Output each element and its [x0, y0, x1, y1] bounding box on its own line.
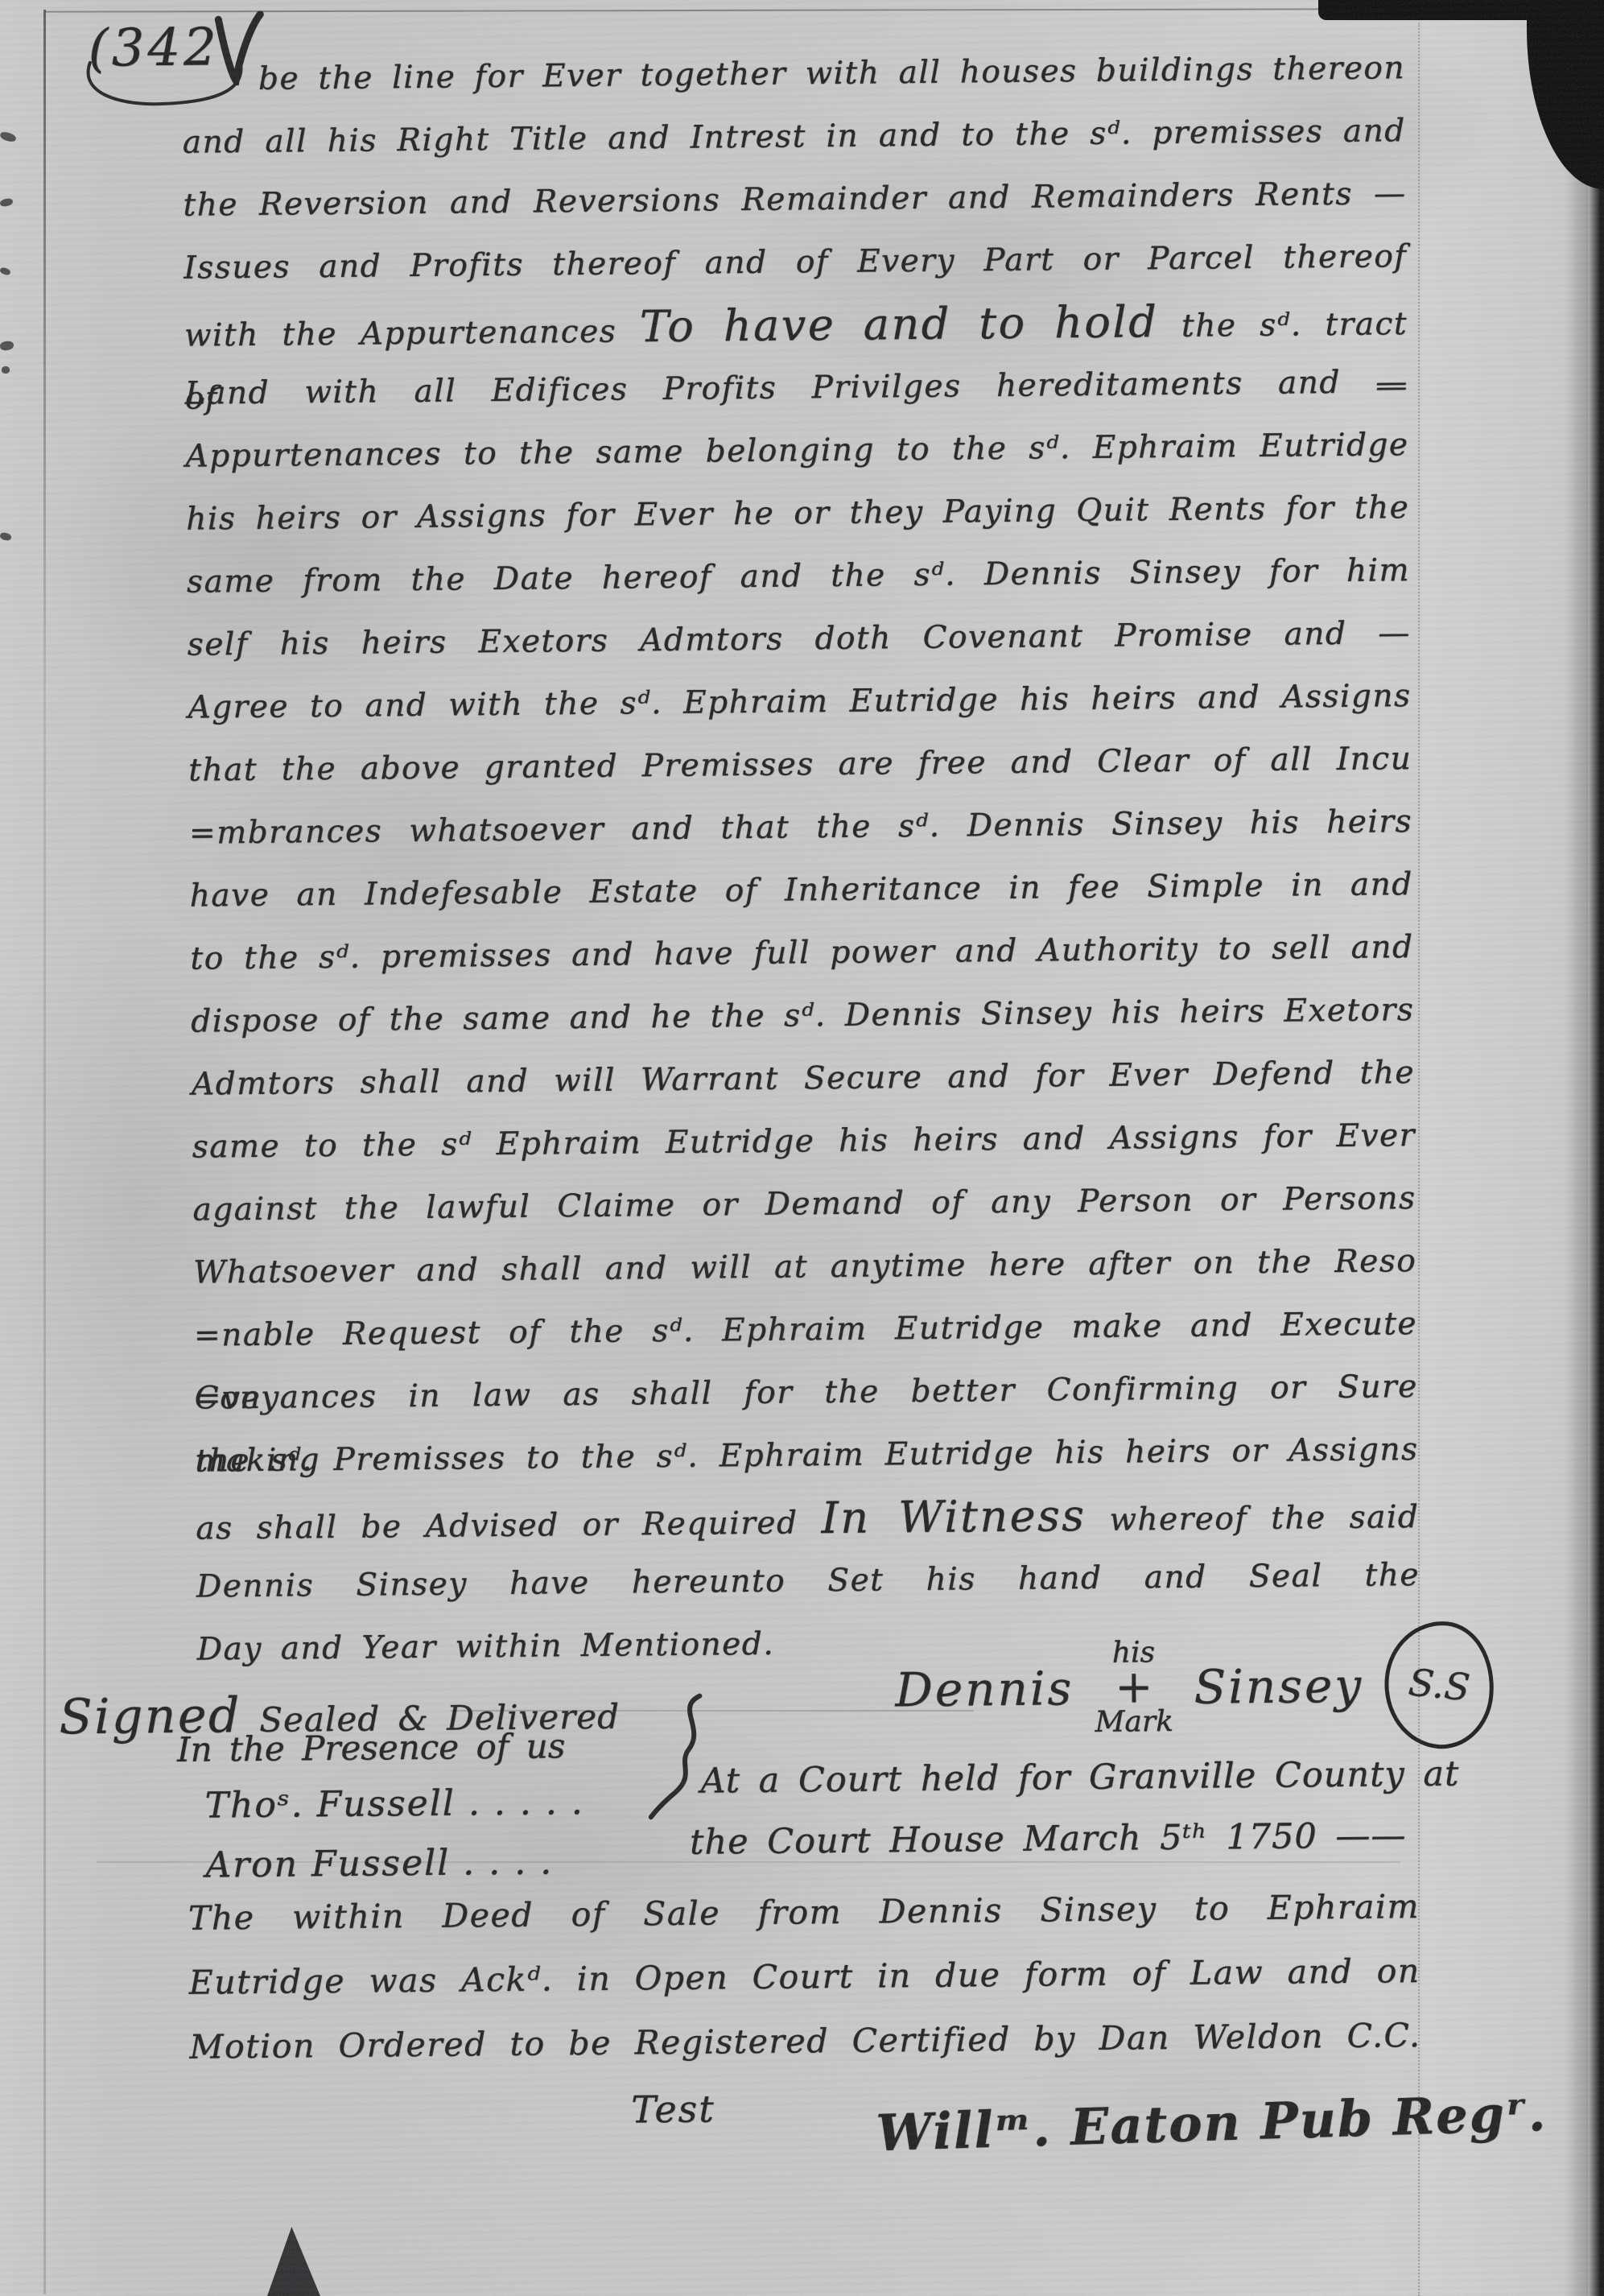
- manuscript-line: Dennis Sinsey have hereunto Set his hand…: [196, 1544, 1421, 1619]
- court-line: the Court House March 5ᵗʰ 1750 ——: [690, 1805, 1461, 1873]
- seal-text: S.S: [1407, 1660, 1472, 1709]
- manuscript-line: =veyances in law as shall for the better…: [194, 1356, 1418, 1431]
- handwriting-layer: (342 be the line for Ever together with …: [0, 0, 1604, 2296]
- certification-line: Eutridge was Ackᵈ. in Open Court in due …: [188, 1939, 1421, 2015]
- court-line: At a Court held for Granville County at: [700, 1744, 1460, 1812]
- manuscript-line: to the sᵈ. premisses and have full power…: [190, 916, 1414, 991]
- manuscript-line: =nable Request of the sᵈ. Ephraim Eutrid…: [194, 1293, 1418, 1368]
- manuscript-line: Land with all Edifices Profits Privilges…: [184, 351, 1408, 426]
- signer-mark-column: his + Mark: [1095, 1638, 1174, 1737]
- manuscript-line: his heirs or Assigns for Ever he or they…: [186, 477, 1410, 551]
- deed-body-text: be the line for Ever together with all h…: [182, 37, 1421, 1681]
- manuscript-line: self his heirs Exetors Admtors doth Cove…: [187, 602, 1411, 677]
- manuscript-line: Appurtenances to the same belonging to t…: [185, 414, 1409, 489]
- signer-mark-icon: +: [1115, 1667, 1152, 1708]
- signer-last-name: Sinsey: [1194, 1658, 1363, 1715]
- manuscript-line: the sᵈ. Premisses to the sᵈ. Ephraim Eut…: [195, 1418, 1419, 1493]
- certification-line: Motion Ordered to be Registered Certifie…: [189, 2003, 1421, 2079]
- manuscript-line: Whatsoever and shall and will at anytime…: [193, 1230, 1417, 1305]
- manuscript-line: same from the Date hereof and the sᵈ. De…: [187, 539, 1411, 614]
- manuscript-line: against the lawful Claime or Demand of a…: [192, 1167, 1416, 1242]
- manuscript-line: the Reversion and Reversions Remainder a…: [183, 163, 1407, 237]
- manuscript-line: dispose of the same and he the sᵈ. Denni…: [191, 979, 1415, 1054]
- manuscript-line: =mbrances whatsoever and that the sᵈ. De…: [189, 791, 1413, 865]
- certification-text: The within Deed of Sale from Dennis Sins…: [188, 1874, 1421, 2079]
- manuscript-line: that the above granted Premisses are fre…: [188, 728, 1412, 803]
- test-label: Test: [631, 2087, 715, 2131]
- manuscript-line: have an Indefesable Estate of Inheritanc…: [189, 853, 1413, 928]
- mark-label-mark: Mark: [1095, 1708, 1173, 1737]
- signature-row: Dennis his + Mark Sinsey S.S: [895, 1621, 1495, 1753]
- manuscript-line: Agree to and with the sᵈ. Ephraim Eutrid…: [188, 665, 1412, 740]
- manuscript-line: same to the sᵈ Ephraim Eutridge his heir…: [192, 1105, 1416, 1179]
- manuscript-line: and all his Right Title and Intrest in a…: [182, 100, 1406, 175]
- seal-circle: S.S: [1379, 1617, 1499, 1753]
- court-record-block: At a Court held for Granville County at …: [700, 1744, 1460, 1873]
- certification-line: The within Deed of Sale from Dennis Sins…: [188, 1874, 1421, 1951]
- manuscript-line: Admtors shall and will Warrant Secure an…: [192, 1042, 1416, 1117]
- witness-name: Thoˢ. Fussell . . . . .: [204, 1773, 584, 1836]
- presence-line: In the Presence of us: [177, 1726, 566, 1769]
- scanned-deed-page: (342 be the line for Ever together with …: [0, 0, 1604, 2296]
- manuscript-line: be the line for Ever together with all h…: [182, 37, 1406, 112]
- manuscript-line: with the Appurtenances To have and to ho…: [184, 288, 1408, 363]
- signer-first-name: Dennis: [895, 1661, 1074, 1717]
- manuscript-line: as shall be Advised or Required In Witne…: [196, 1481, 1420, 1556]
- witness-list: Thoˢ. Fussell . . . . .Aron Fussell . . …: [204, 1773, 584, 1896]
- manuscript-line: Issues and Profits thereof and of Every …: [183, 225, 1408, 300]
- registrar-signature: Willᵐ. Eaton Pub Regʳ.: [876, 2083, 1548, 2162]
